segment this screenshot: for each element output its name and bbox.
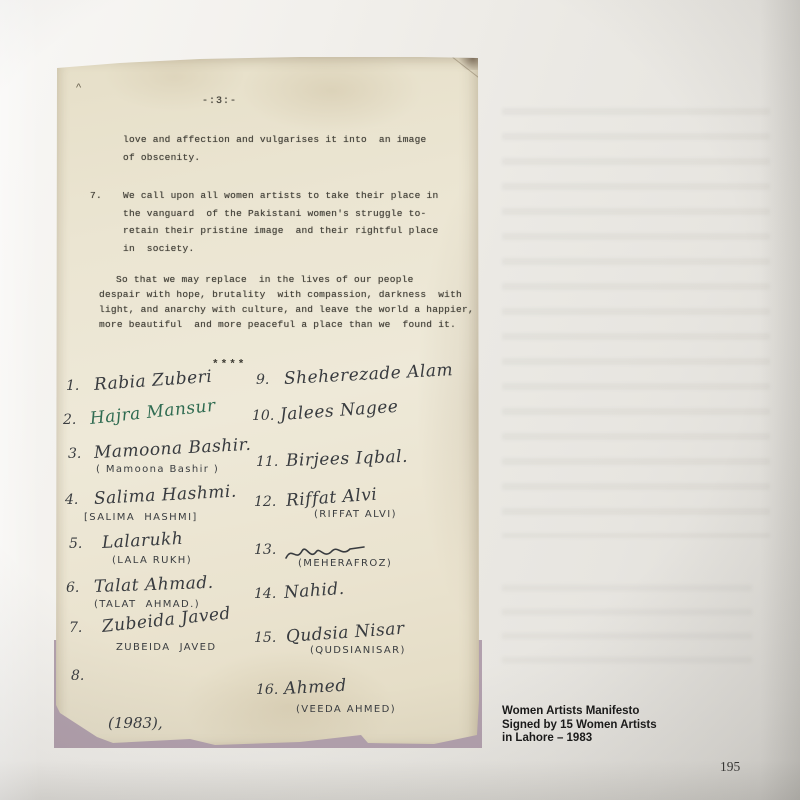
signature-entry: 15.Qudsia Nisar(QUDSIANISAR) [56, 630, 480, 664]
signature-number: 10. [252, 408, 274, 424]
signature-printed-name: (VEEDA AHMED) [296, 704, 396, 715]
caption-line: in Lahore – 1983 [502, 732, 657, 746]
document-page-number: -:3:- [202, 96, 237, 107]
signature-entry: 13.(MEHERAFROZ) [56, 542, 480, 576]
clause-number: 7. [90, 190, 102, 201]
signature-number: 15. [254, 630, 276, 646]
page-showthrough-text [502, 585, 752, 675]
signature-entry: 14.Nahid. [56, 586, 480, 620]
signature-entry: 11.Birjees Iqbal. [56, 454, 480, 488]
caption-line: Signed by 15 Women Artists [502, 719, 657, 733]
signature-number: 11. [256, 454, 278, 470]
signature-number: 14. [254, 586, 276, 602]
asterisk-separator: **** [212, 359, 246, 371]
handwritten-year-note: (1983), [108, 714, 163, 732]
signature-entry: 12.Riffat Alvi(RIFFAT ALVI) [56, 494, 480, 528]
signature-number: 12. [254, 494, 276, 510]
signature-script: Ahmed [283, 676, 347, 699]
typed-line: the vanguard of the Pakistani women's st… [123, 208, 427, 219]
typed-line: We call upon all women artists to take t… [123, 190, 438, 201]
manifesto-document-sheet: -:3:- ^ love and affection and vulgarise… [56, 56, 480, 748]
signature-number: 16. [256, 682, 278, 698]
page-showthrough-text [502, 108, 770, 538]
book-page-number: 195 [720, 759, 740, 775]
typed-line: So that we may replace in the lives of o… [116, 274, 414, 285]
signature-entry: 16.Ahmed(VEEDA AHMED) [56, 682, 480, 716]
signature-printed-name: (QUDSIANISAR) [310, 645, 406, 656]
caption-line: Women Artists Manifesto [502, 705, 657, 719]
photo-caption: Women Artists Manifesto Signed by 15 Wom… [502, 705, 657, 746]
typed-line: despair with hope, brutality with compas… [99, 289, 462, 300]
signature-script: Birjees Iqbal. [286, 447, 409, 471]
book-page-photo: -:3:- ^ love and affection and vulgarise… [0, 0, 800, 800]
signature-entry: 9.Sheherezade Alam [56, 372, 480, 406]
signature-script: Nahid. [283, 579, 345, 603]
signature-number: 13. [254, 542, 276, 558]
typed-line: in society. [123, 243, 194, 254]
typed-line: more beautiful and more peaceful a place… [99, 319, 456, 330]
typed-line: retain their pristine image and their ri… [123, 225, 438, 236]
typed-line: love and affection and vulgarises it int… [123, 134, 427, 145]
handwritten-caret-mark: ^ [76, 82, 81, 94]
typed-line: light, and anarchy with culture, and lea… [99, 304, 474, 315]
signature-printed-name: (MEHERAFROZ) [298, 558, 392, 569]
signature-printed-name: (RIFFAT ALVI) [314, 509, 397, 520]
signature-entry: 10.Jalees Nagee [56, 408, 480, 442]
signature-number: 9. [256, 372, 269, 388]
typed-line: of obscenity. [123, 152, 200, 163]
